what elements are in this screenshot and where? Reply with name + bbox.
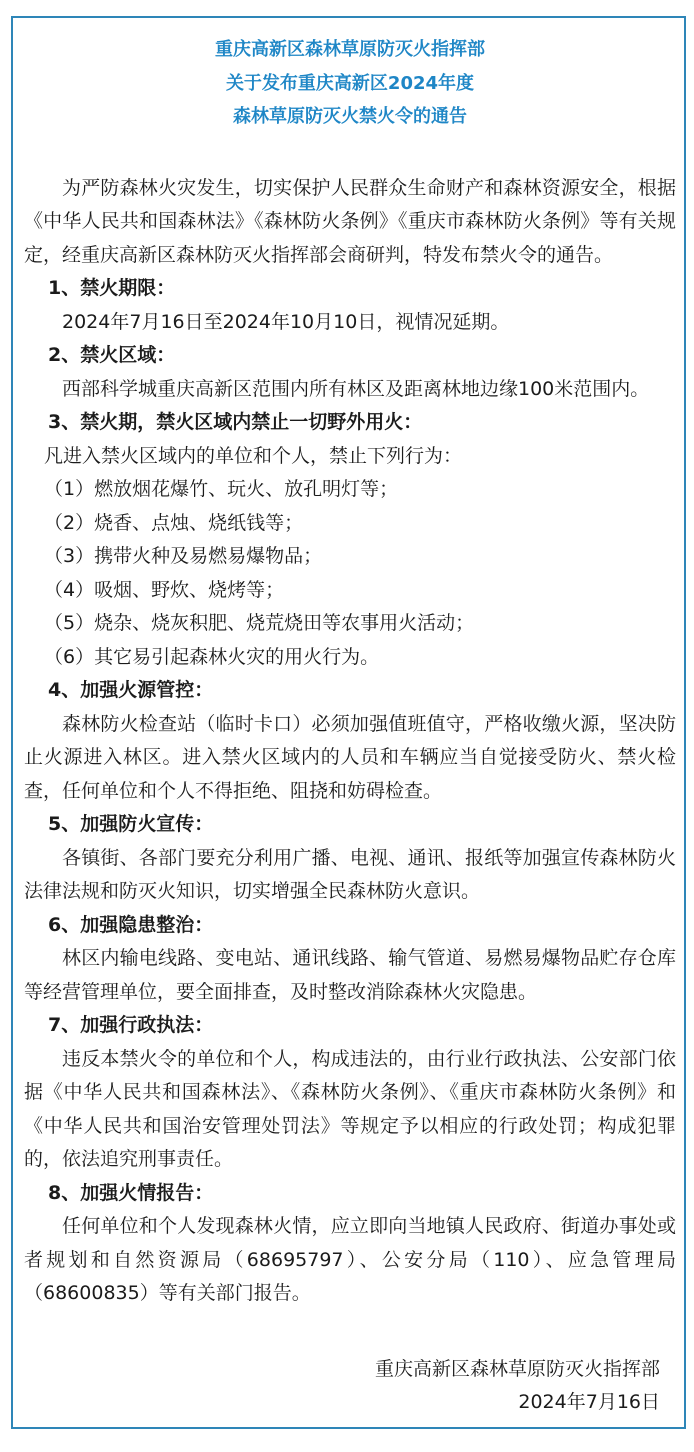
title-line-1: 重庆高新区森林草原防灭火指挥部 — [24, 33, 676, 67]
notice-section-heading: 4、加强火源管控： — [24, 674, 676, 708]
notice-paragraph: 西部科学城重庆高新区范围内所有林区及距离林地边缘100米范围内。 — [24, 373, 676, 407]
notice-list-item: （1）燃放烟花爆竹、玩火、放孔明灯等； — [24, 473, 676, 507]
notice-section-heading: 1、禁火期限： — [24, 272, 676, 306]
notice-list-item: （4）吸烟、野炊、烧烤等； — [24, 574, 676, 608]
notice-body: 为严防森林火灾发生，切实保护人民群众生命财产和森林资源安全，根据《中华人民共和国… — [24, 172, 676, 1311]
notice-list-item: （2）烧香、点烛、烧纸钱等； — [24, 507, 676, 541]
title-line-2: 关于发布重庆高新区2024年度 — [24, 67, 676, 101]
notice-section-heading: 3、禁火期，禁火区域内禁止一切野外用火： — [24, 406, 676, 440]
notice-paragraph: 任何单位和个人发现森林火情，应立即向当地镇人民政府、街道办事处或者规划和自然资源… — [24, 1210, 676, 1311]
signature-line: 重庆高新区森林草原防灭火指挥部 — [24, 1353, 660, 1387]
notice-list-item: （6）其它易引起森林火灾的用火行为。 — [24, 641, 676, 675]
notice-border-frame: 重庆高新区森林草原防灭火指挥部 关于发布重庆高新区2024年度 森林草原防灭火禁… — [11, 16, 686, 1429]
notice-paragraph: 各镇街、各部门要充分利用广播、电视、通讯、报纸等加强宣传森林防火法律法规和防灭火… — [24, 842, 676, 909]
notice-section-heading: 6、加强隐患整治： — [24, 909, 676, 943]
date-line: 2024年7月16日 — [24, 1386, 660, 1420]
notice-title: 重庆高新区森林草原防灭火指挥部 关于发布重庆高新区2024年度 森林草原防灭火禁… — [24, 33, 676, 134]
notice-section-heading: 5、加强防火宣传： — [24, 808, 676, 842]
notice-paragraph: 为严防森林火灾发生，切实保护人民群众生命财产和森林资源安全，根据《中华人民共和国… — [24, 172, 676, 273]
notice-section-heading: 7、加强行政执法： — [24, 1009, 676, 1043]
notice-paragraph: 森林防火检查站（临时卡口）必须加强值班值守，严格收缴火源，坚决防止火源进入林区。… — [24, 708, 676, 809]
notice-paragraph: 违反本禁火令的单位和个人，构成违法的，由行业行政执法、公安部门依据《中华人民共和… — [24, 1043, 676, 1177]
notice-list-item: （3）携带火种及易燃易爆物品； — [24, 540, 676, 574]
notice-content: 重庆高新区森林草原防灭火指挥部 关于发布重庆高新区2024年度 森林草原防灭火禁… — [13, 33, 684, 1420]
notice-paragraph: 2024年7月16日至2024年10月10日，视情况延期。 — [24, 306, 676, 340]
notice-list-item: （5）烧杂、烧灰积肥、烧荒烧田等农事用火活动； — [24, 607, 676, 641]
notice-footer: 重庆高新区森林草原防灭火指挥部 2024年7月16日 — [24, 1353, 676, 1420]
title-line-3: 森林草原防灭火禁火令的通告 — [24, 100, 676, 134]
notice-page: 重庆高新区森林草原防灭火指挥部 关于发布重庆高新区2024年度 森林草原防灭火禁… — [0, 0, 694, 1452]
notice-section-heading: 8、加强火情报告： — [24, 1177, 676, 1211]
notice-sub-paragraph: 凡进入禁火区域内的单位和个人，禁止下列行为： — [24, 440, 676, 474]
notice-paragraph: 林区内输电线路、变电站、通讯线路、输气管道、易燃易爆物品贮存仓库等经营管理单位，… — [24, 942, 676, 1009]
notice-section-heading: 2、禁火区域： — [24, 339, 676, 373]
